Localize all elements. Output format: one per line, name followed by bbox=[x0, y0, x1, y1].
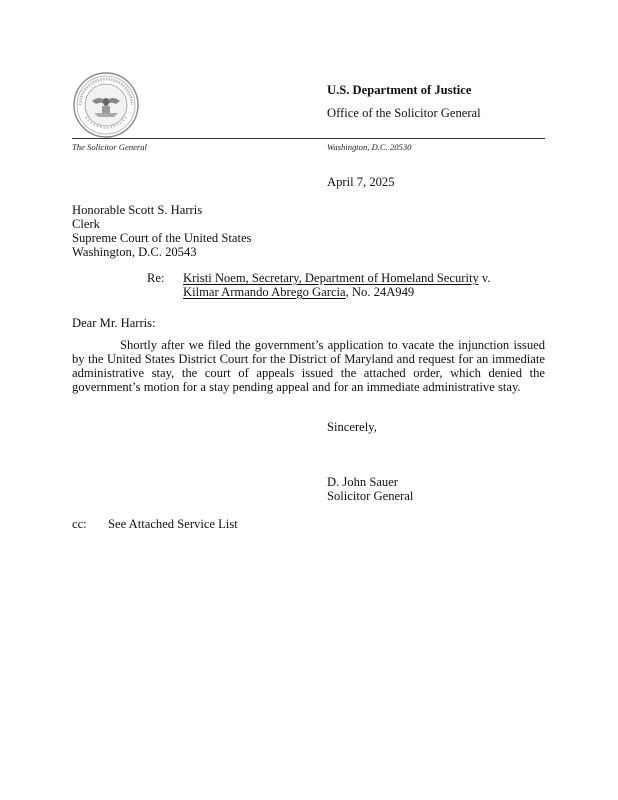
letterhead-left-label: The Solicitor General bbox=[72, 142, 147, 152]
versus-text: v. bbox=[479, 271, 491, 285]
cc-recipients: See Attached Service List bbox=[108, 517, 238, 531]
body-paragraph: Shortly after we filed the government’s … bbox=[72, 338, 545, 394]
letter-page: U.S. Department of Justice Office of the… bbox=[0, 0, 618, 800]
recipient-line: Supreme Court of the United States bbox=[72, 231, 251, 245]
recipient-line: Honorable Scott S. Harris bbox=[72, 203, 251, 217]
case-number: , No. 24A949 bbox=[346, 285, 415, 299]
salutation: Dear Mr. Harris: bbox=[72, 316, 156, 330]
letter-date: April 7, 2025 bbox=[327, 175, 395, 189]
doj-seal-icon bbox=[72, 71, 140, 139]
signer-name: D. John Sauer bbox=[327, 475, 398, 489]
re-label: Re: bbox=[147, 271, 165, 285]
closing: Sincerely, bbox=[327, 420, 377, 434]
office-name: Office of the Solicitor General bbox=[327, 106, 481, 121]
department-name: U.S. Department of Justice bbox=[327, 83, 471, 98]
case-party-1: Kristi Noem, Secretary, Department of Ho… bbox=[183, 271, 479, 285]
recipient-address: Honorable Scott S. Harris Clerk Supreme … bbox=[72, 203, 251, 259]
re-subject: Kristi Noem, Secretary, Department of Ho… bbox=[183, 271, 491, 299]
letterhead-address: Washington, D.C. 20530 bbox=[327, 142, 411, 152]
cc-label: cc: bbox=[72, 517, 87, 531]
letterhead-divider bbox=[72, 138, 545, 139]
case-party-2: Kilmar Armando Abrego Garcia bbox=[183, 285, 346, 299]
recipient-line: Washington, D.C. 20543 bbox=[72, 245, 251, 259]
recipient-line: Clerk bbox=[72, 217, 251, 231]
signer-title: Solicitor General bbox=[327, 489, 413, 503]
